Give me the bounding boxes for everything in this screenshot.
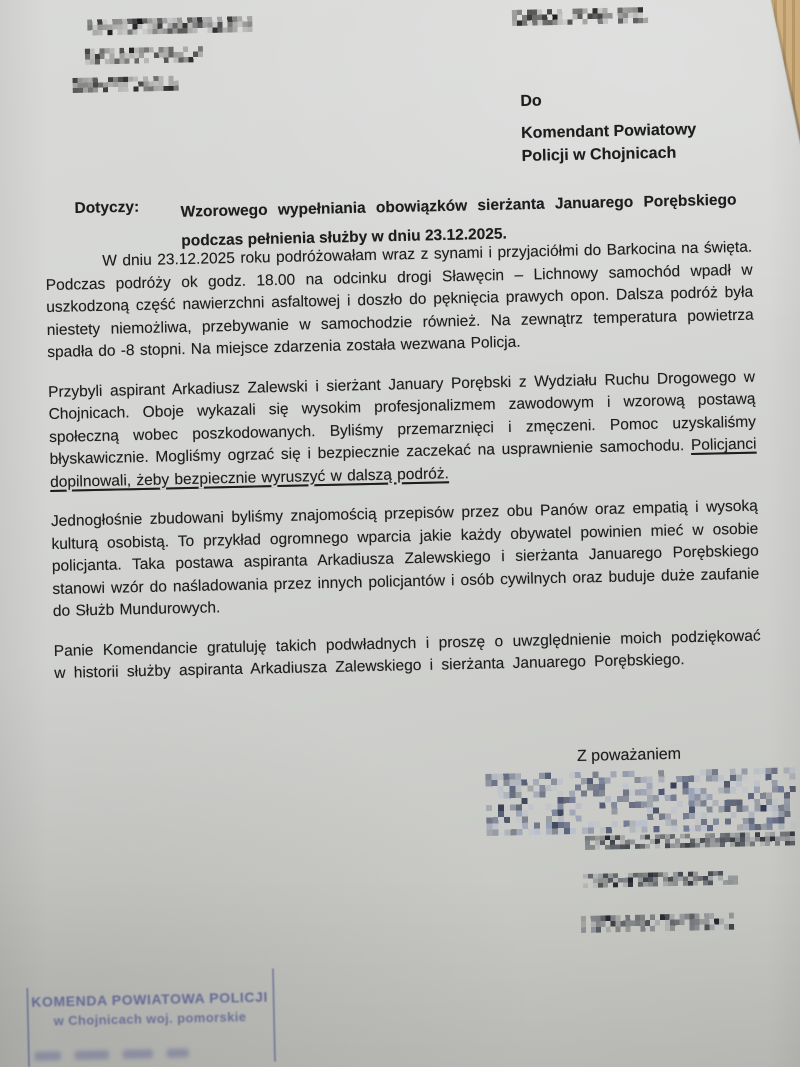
stamp-line-1: KOMENDA POWIATOWA POLICJI bbox=[29, 989, 269, 1010]
paragraph-2-text: Przybyli aspirant Arkadiusz Zalewski i s… bbox=[48, 368, 756, 468]
redacted-signature-handwriting bbox=[485, 767, 796, 836]
paragraph-2: Przybyli aspirant Arkadiusz Zalewski i s… bbox=[48, 366, 757, 494]
paragraph-4: Panie Komendancie gratuluję takich podwł… bbox=[54, 625, 762, 685]
recipient-block: Do Komendant Powiatowy Policji w Chojnic… bbox=[520, 86, 697, 168]
police-stamp: KOMENDA POWIATOWA POLICJI w Chojnicach w… bbox=[23, 967, 277, 1067]
letter-body: W dniu 23.12.2025 roku podróżowałam wraz… bbox=[45, 237, 762, 703]
redacted-sender-line bbox=[85, 46, 203, 65]
stamp-line-2: w Chojnicach woj. pomorskie bbox=[30, 1009, 270, 1029]
paragraph-3: Jednogłośnie zbudowani byliśmy znajomośc… bbox=[51, 496, 760, 624]
redacted-sender-line bbox=[72, 76, 178, 93]
paragraph-1: W dniu 23.12.2025 roku podróżowałam wraz… bbox=[45, 237, 754, 365]
redacted-signature-line bbox=[581, 913, 734, 933]
closing-salutation: Z poważaniem bbox=[577, 746, 681, 766]
recipient-org: Policji w Chojnicach bbox=[521, 141, 697, 168]
redacted-date bbox=[512, 7, 648, 26]
stamp-date-marks bbox=[35, 1047, 255, 1064]
recipient-to: Do bbox=[520, 86, 696, 113]
redacted-sender-block bbox=[71, 12, 273, 96]
letter-photo: Do Komendant Powiatowy Policji w Chojnic… bbox=[0, 0, 800, 1067]
redacted-sender-line bbox=[87, 16, 252, 36]
